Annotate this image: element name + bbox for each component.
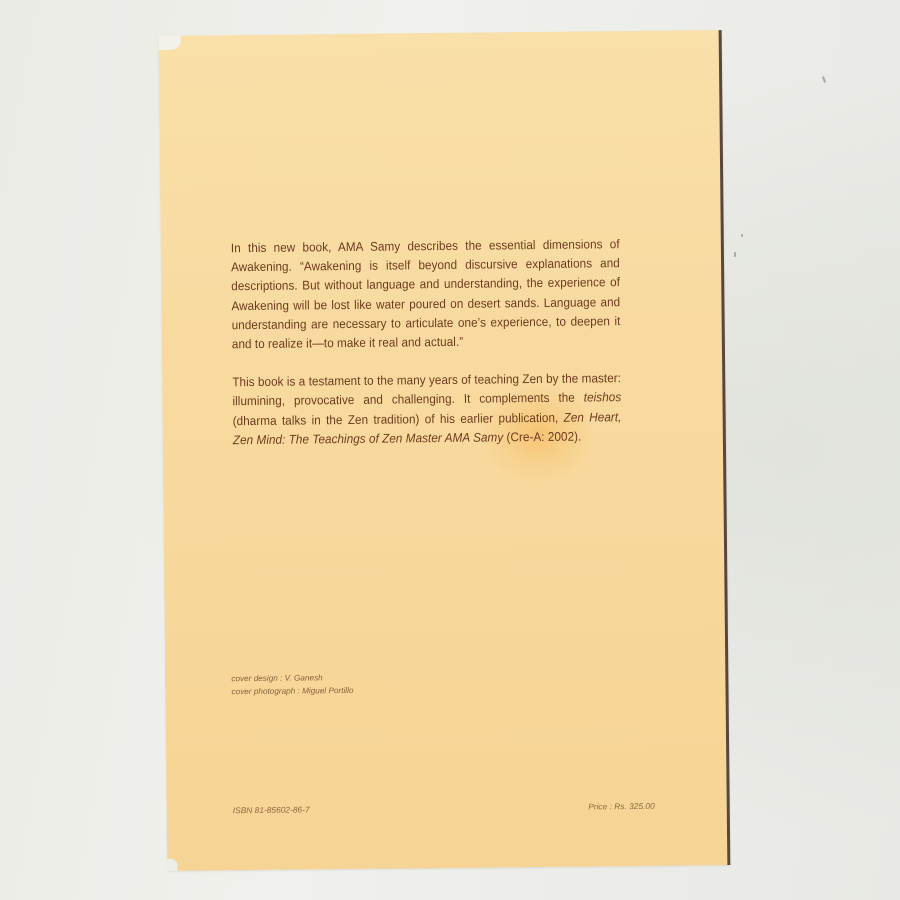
book-back-cover: In this new book, AMA Samy describes the… xyxy=(159,30,731,871)
blurb-paragraph-2: This book is a testament to the many yea… xyxy=(232,369,622,450)
dust-speck xyxy=(734,252,736,257)
blurb-italic-teishos: teishos xyxy=(584,391,622,405)
dust-speck xyxy=(741,234,743,237)
cover-credits: cover design : V. Ganesh cover photograp… xyxy=(231,672,353,698)
price-text: Price : Rs. 325.00 xyxy=(588,801,655,812)
blurb-text: In this new book, AMA Samy describes the… xyxy=(231,235,622,469)
cover-photograph-credit: cover photograph : Miguel Portillo xyxy=(231,684,353,698)
cover-footer: ISBN 81-85602-86-7 Price : Rs. 325.00 xyxy=(233,801,655,815)
blurb-text-segment: This book is a testament to the many yea… xyxy=(232,371,621,408)
blurb-text-segment: (Cre-A: 2002). xyxy=(503,429,581,444)
blurb-text-segment: (dharma talks in the Zen tradition) of h… xyxy=(233,410,564,427)
isbn-text: ISBN 81-85602-86-7 xyxy=(233,804,310,815)
blurb-paragraph-1: In this new book, AMA Samy describes the… xyxy=(231,235,621,354)
